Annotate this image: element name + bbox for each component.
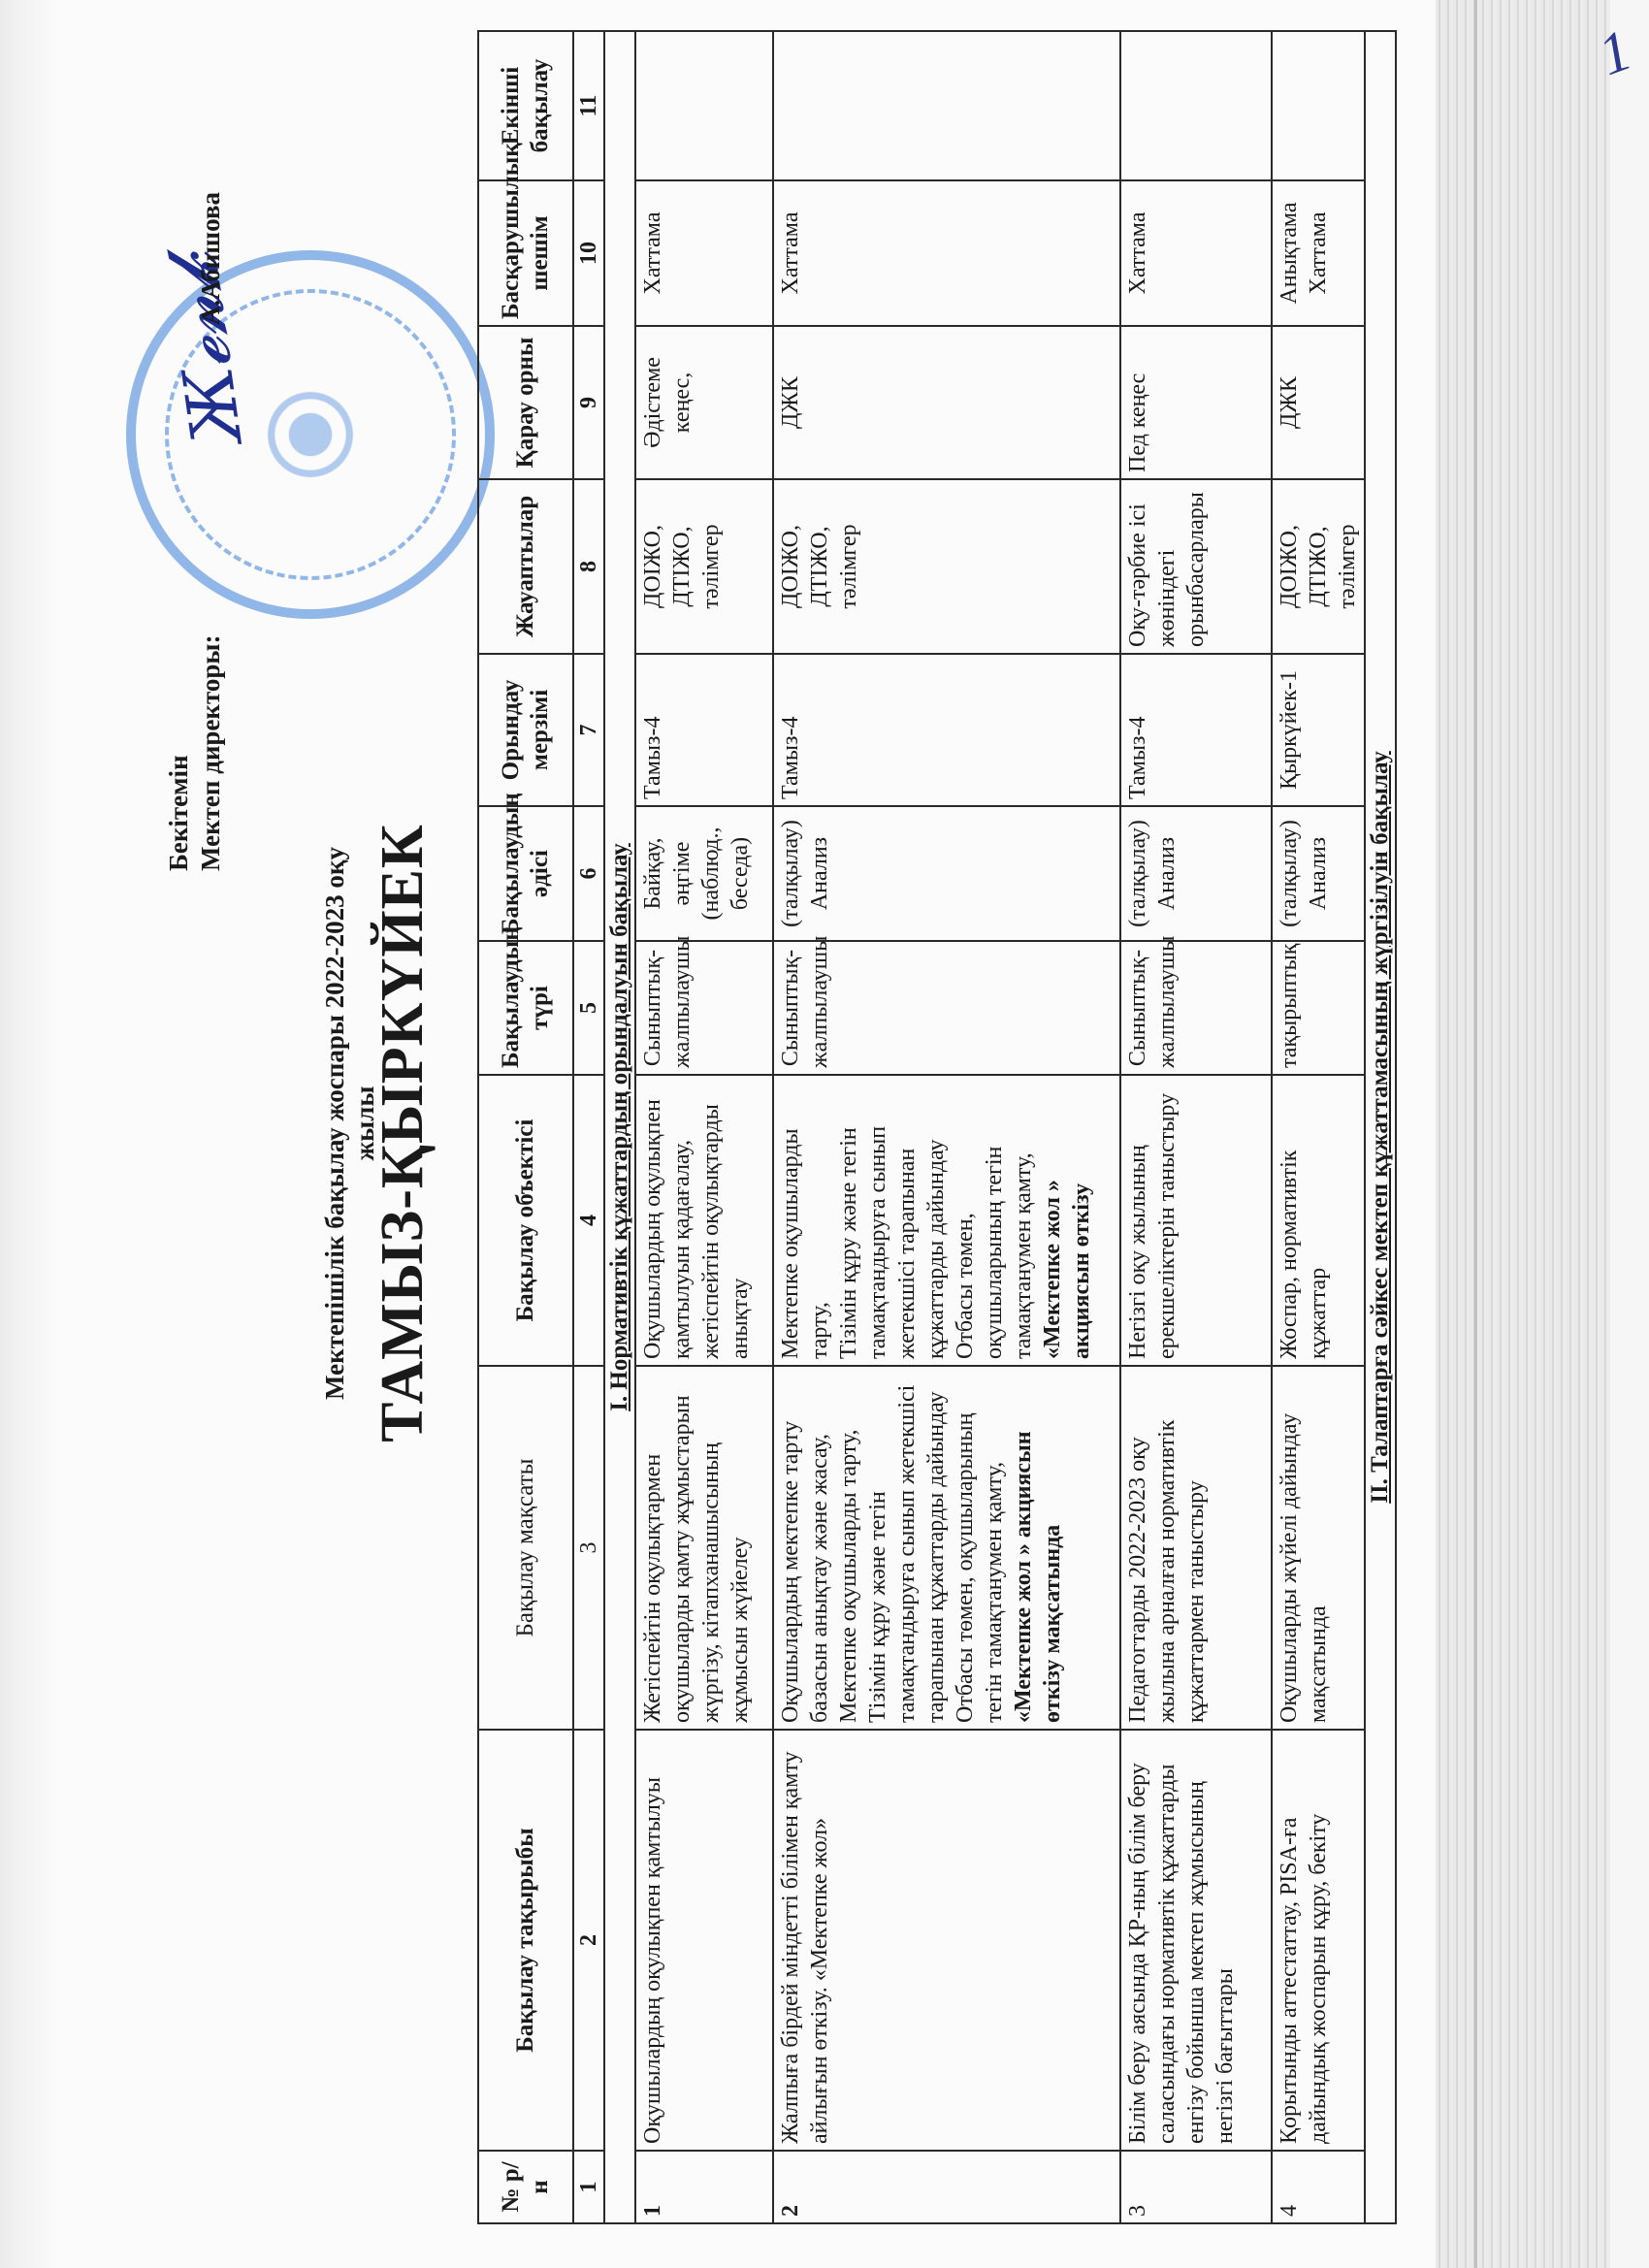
object-line-bold: «Мектепке жол » акциясын өткізу <box>1038 1082 1096 1359</box>
table-row: 4 Қорытынды аттестаттау, PISA-ға дайынды… <box>1272 31 1365 2223</box>
approval-block: Бекітемін Мектеп директоры: А.Абишова <box>163 192 227 871</box>
object-line: Отбасы төмен, оқушыларының тегін тамақта… <box>951 1082 1038 1359</box>
cell-decision: Анықтама Хаттама <box>1272 180 1365 326</box>
cell-goal: Оқушыларды жүйелі дайындау мақсатында <box>1272 1366 1365 1730</box>
table-row: 1 Оқушылардың оқулықпен қамтылуы Жетіспе… <box>635 31 773 2223</box>
cell-second-control <box>1272 31 1365 180</box>
approve-label: Бекітемін <box>163 192 195 871</box>
goal-line: Мектепке оқушыларды тарту, <box>834 1373 863 1723</box>
cell-method: (талқылау) Анализ <box>1272 806 1365 941</box>
cell-method: Байқау, әңгіме (наблюд., беседа) <box>635 806 773 941</box>
col-number: 4 <box>573 1075 604 1366</box>
col-number: 9 <box>573 326 604 479</box>
section-title: I. Нормативтік құжаттардың орындалуын ба… <box>604 31 635 2223</box>
cell-method: (талқылау) Анализ <box>1120 806 1272 941</box>
header-responsible: Жауаптылар <box>478 479 573 654</box>
cell-review-place: Пед кеңес <box>1120 326 1272 479</box>
rotated-document-page: Ж𝓮𝓷𝓴 Бекітемін Мектеп директоры: А.Абишо… <box>0 0 1649 2268</box>
cell-type: Сыныптық-жалпылаушы <box>635 941 773 1075</box>
header-second-control: Екінші бақылау <box>478 31 573 180</box>
goal-line: Тізімін құру және тегін тамақтандыруға с… <box>863 1373 951 1723</box>
cell-object: Жоспар, нормативтік құжаттар <box>1272 1075 1365 1366</box>
cell-object: Оқушылардың оқулықпен қамтылуын қадағала… <box>635 1075 773 1366</box>
cell-deadline: Тамыз-4 <box>1120 654 1272 806</box>
cell-topic: Қорытынды аттестаттау, PISA-ға дайындық … <box>1272 1730 1365 2151</box>
row-number: 3 <box>1120 2151 1272 2223</box>
cell-topic: Оқушылардың оқулықпен қамтылуы <box>635 1730 773 2151</box>
cell-decision: Хаттама <box>1120 180 1272 326</box>
cell-deadline: Тамыз-4 <box>635 654 773 806</box>
header-topic: Бақылау тақырыбы <box>478 1730 573 2151</box>
cell-object: Негізгі оқу жылының ерекшеліктерін таныс… <box>1120 1075 1272 1366</box>
cell-method: (талқылау) Анализ <box>773 806 1120 941</box>
cell-topic: Жалпыға бірдей міндетті білімен қамту ай… <box>773 1730 1120 2151</box>
cell-responsible: Оқу-тәрбие ісі жөніндегі орынбасарлары <box>1120 479 1272 654</box>
cell-review-place: Әдістеме кеңес, <box>635 326 773 479</box>
cell-deadline: Қыркүйек-1 <box>1272 654 1365 806</box>
header-deadline: Орындау мерзімі <box>478 654 573 806</box>
table-row: 3 Білім беру аясында ҚР-ның білім беру с… <box>1120 31 1272 2223</box>
director-name: А.Абишова <box>195 192 227 325</box>
table-header-row: № р/н Бақылау тақырыбы Бақылау мақсаты Б… <box>478 31 573 2223</box>
cell-goal: Оқушылардың мектепке тарту базасын анықт… <box>773 1366 1120 1730</box>
goal-line-bold: «Мектепке жол » акциясын өткізу мақсатын… <box>1009 1373 1067 1723</box>
header-goal: Бақылау мақсаты <box>478 1366 573 1730</box>
header-object: Бақылау объектісі <box>478 1075 573 1366</box>
cell-responsible: ДОІЖО, ДТІЖО, тәлімгер <box>773 479 1120 654</box>
section-title: II. Талаптарға сәйкес мектеп құжаттамасы… <box>1365 31 1396 2223</box>
col-number: 11 <box>573 31 604 180</box>
document-title: ТАМЫЗ-ҚЫРКҮЙЕК <box>369 735 437 1531</box>
header-type: Бақылаудың түрі <box>478 941 573 1075</box>
col-number: 2 <box>573 1730 604 2151</box>
section-header-row: I. Нормативтік құжаттардың орындалуын ба… <box>604 31 635 2223</box>
col-number: 8 <box>573 479 604 654</box>
cell-responsible: ДОІЖО, ДТІЖО, тәлімгер <box>1272 479 1365 654</box>
cell-deadline: Тамыз-4 <box>773 654 1120 806</box>
col-number: 1 <box>573 2151 604 2223</box>
cell-object: Мектепке оқушыларды тарту, Тізімін құру … <box>773 1075 1120 1366</box>
cell-review-place: ДЖК <box>1272 326 1365 479</box>
row-number: 1 <box>635 2151 773 2223</box>
section-header-row: II. Талаптарға сәйкес мектеп құжаттамасы… <box>1365 31 1396 2223</box>
col-number: 3 <box>573 1366 604 1730</box>
column-number-row: 1 2 3 4 5 6 7 8 9 10 11 <box>573 31 604 2223</box>
goal-line: Оқушылардың мектепке тарту базасын анықт… <box>776 1373 834 1723</box>
cell-goal: Педагогтарды 2022-2023 оқу жылына арналғ… <box>1120 1366 1272 1730</box>
cell-type: тақырыптық <box>1272 941 1365 1075</box>
cell-review-place: ДЖК <box>773 326 1120 479</box>
col-number: 10 <box>573 180 604 326</box>
goal-line: Отбасы төмен, оқушыларының тегін тамақта… <box>951 1373 1009 1723</box>
row-number: 2 <box>773 2151 1120 2223</box>
cell-decision: Хаттама <box>773 180 1120 326</box>
cell-second-control <box>635 31 773 180</box>
cell-second-control <box>1120 31 1272 180</box>
cell-goal: Жетіспейтін оқулықтармен оқушыларды қамт… <box>635 1366 773 1730</box>
header-method: Бақылаудың әдісі <box>478 806 573 941</box>
row-number: 4 <box>1272 2151 1365 2223</box>
control-plan-table: № р/н Бақылау тақырыбы Бақылау мақсаты Б… <box>477 30 1397 2224</box>
col-number: 7 <box>573 654 604 806</box>
header-review-place: Қарау орны <box>478 326 573 479</box>
table-row: 2 Жалпыға бірдей міндетті білімен қамту … <box>773 31 1120 2223</box>
object-line: Мектепке оқушыларды тарту, <box>776 1082 834 1359</box>
cell-second-control <box>773 31 1120 180</box>
col-number: 5 <box>573 941 604 1075</box>
cell-responsible: ДОІЖО, ДТІЖО, тәлімгер <box>635 479 773 654</box>
cell-type: Сыныптық-жалпылаушы <box>1120 941 1272 1075</box>
cell-type: Сыныптық-жалпылаушы <box>773 941 1120 1075</box>
cell-decision: Хаттама <box>635 180 773 326</box>
header-num: № р/н <box>478 2151 573 2223</box>
col-number: 6 <box>573 806 604 941</box>
header-decision: Басқарушылық шешім <box>478 180 573 326</box>
cell-topic: Білім беру аясында ҚР-ның білім беру сал… <box>1120 1730 1272 2151</box>
object-line: Тізімін құру және тегін тамақтандыруға с… <box>834 1082 951 1359</box>
